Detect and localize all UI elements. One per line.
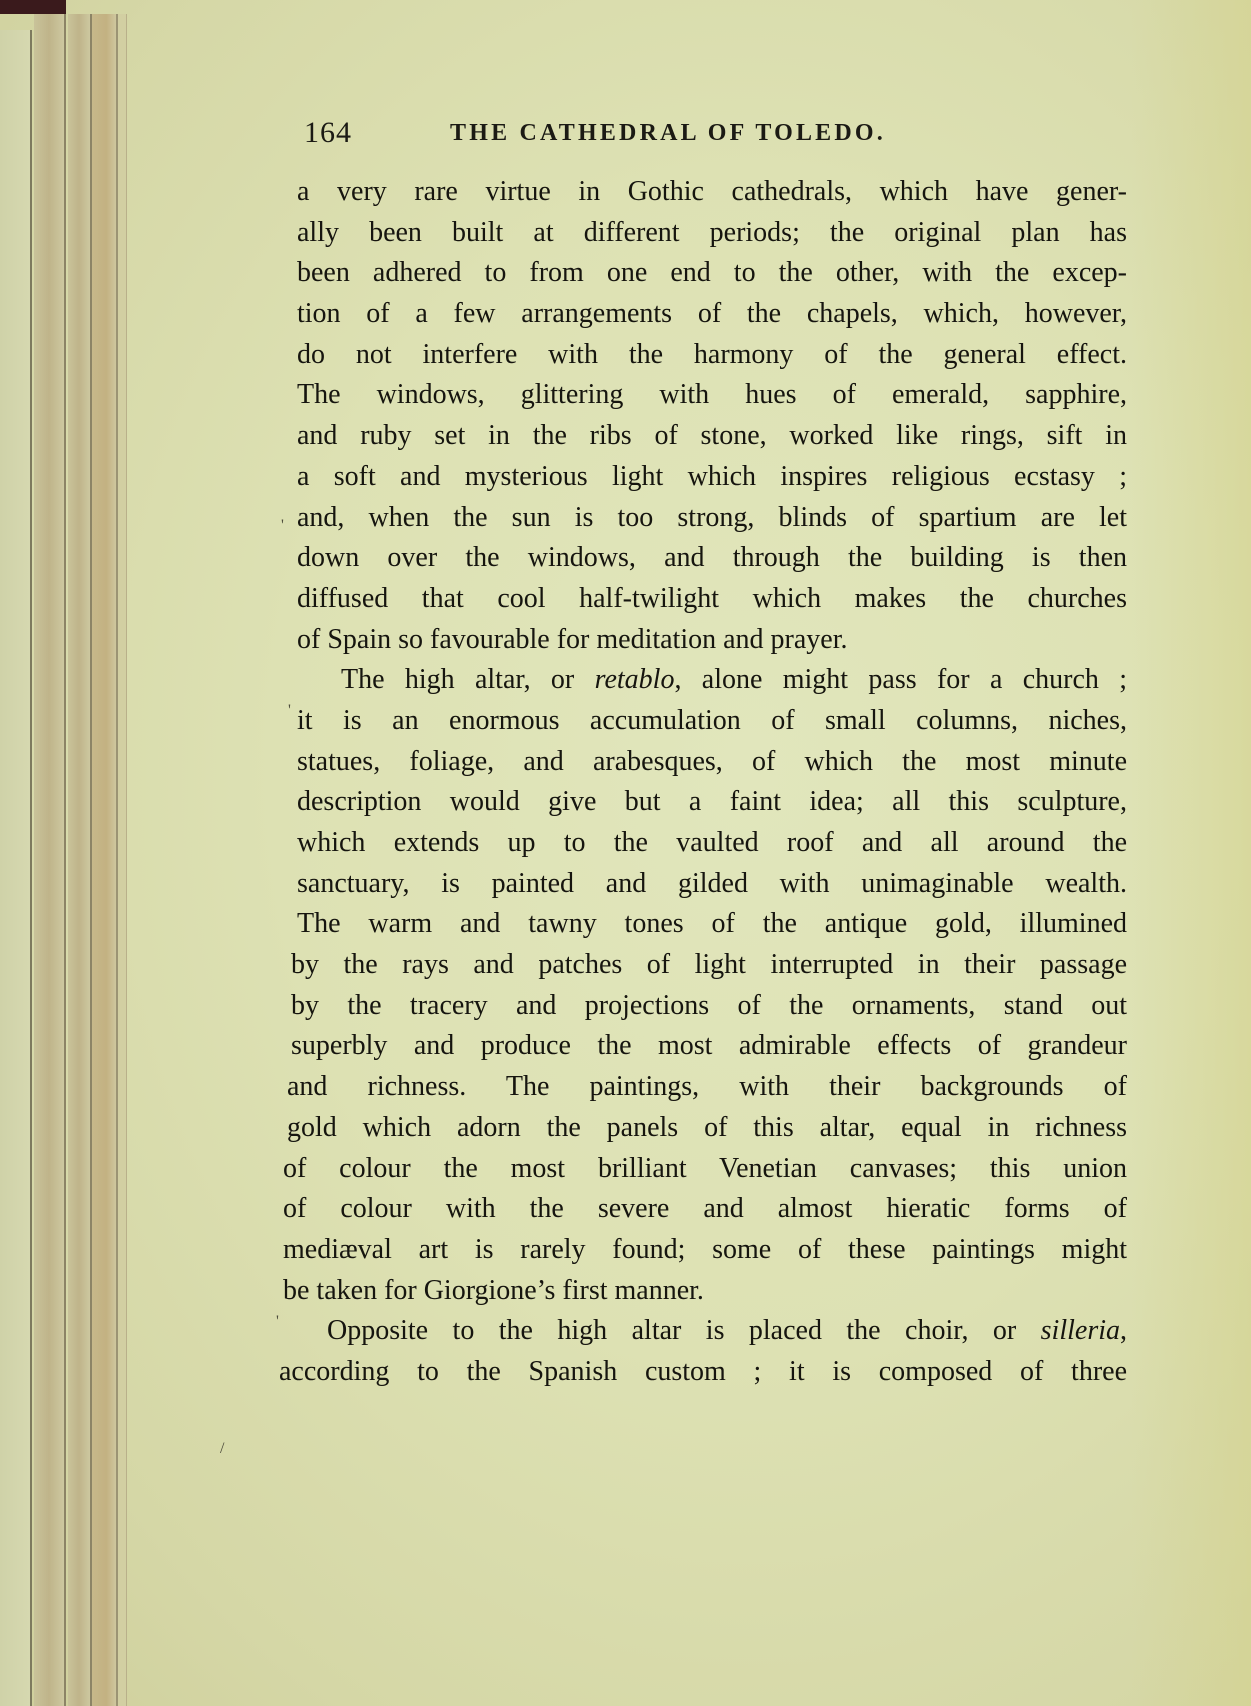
text-line: and, when the sun is too strong, blinds … [297,498,1127,539]
text-line: which extends up to the vaulted roof and… [297,823,1127,864]
text-line: tion of a few arrangements of the chapel… [297,294,1127,335]
text-line: do not interfere with the harmony of the… [297,335,1127,376]
body-text: a very rare virtue in Gothic cathedrals,… [297,172,1127,1393]
text-line: by the tracery and projections of the or… [291,986,1127,1027]
text-line: it is an enormous accumulation of small … [297,701,1127,742]
text-line: according to the Spanish custom ; it is … [279,1352,1127,1393]
page-edge [92,14,118,1706]
scan-mark: ' [276,1313,279,1331]
text-line: statues, foliage, and arabesques, of whi… [297,742,1127,783]
text-line: description would give but a faint idea;… [297,782,1127,823]
text-run: , alone might pass for a church ; [674,664,1127,695]
text-line: down over the windows, and through the b… [297,538,1127,579]
paragraph: a very rare virtue in Gothic cathedrals,… [297,172,1127,660]
text-run: The high altar, or [341,664,595,695]
text-line: by the rays and patches of light interru… [291,945,1127,986]
italic-term: retablo [595,664,675,695]
text-run: , [1120,1315,1127,1346]
scan-mark: / [220,1440,224,1458]
text-line: gold which adorn the panels of this alta… [287,1108,1127,1149]
text-line: of colour with the severe and almost hie… [283,1189,1127,1230]
text-line: a soft and mysterious light which inspir… [297,457,1127,498]
text-run: Opposite to the high altar is placed the… [327,1315,1041,1346]
text-line: superbly and produce the most admirable … [291,1026,1127,1067]
page-number: 164 [304,116,352,150]
text-line: Opposite to the high altar is placed the… [283,1311,1127,1352]
text-line: mediæval art is rarely found; some of th… [283,1230,1127,1271]
paragraph: Opposite to the high altar is placed the… [297,1311,1127,1392]
page-edge-stack [0,0,128,1706]
text-line: a very rare virtue in Gothic cathedrals,… [297,172,1127,213]
page-shadow [1131,0,1251,1706]
background-shadow [0,0,66,14]
paragraph: The high altar, or retablo, alone might … [297,660,1127,1311]
page-edge [0,30,32,1706]
text-line: and ruby set in the ribs of stone, worke… [297,416,1127,457]
text-line: and richness. The paintings, with their … [287,1067,1127,1108]
page-edge [118,14,127,1706]
scan-mark: ' [288,702,291,720]
text-line: ally been built at different periods; th… [297,213,1127,254]
text-line: been adhered to from one end to the othe… [297,253,1127,294]
page-edge [68,14,92,1706]
running-title: THE CATHEDRAL OF TOLEDO. [450,120,886,147]
text-line: The high altar, or retablo, alone might … [297,660,1127,701]
scan-mark: ' [281,517,284,535]
text-line: of Spain so favourable for meditation an… [297,620,1127,661]
text-line: of colour the most brilliant Venetian ca… [283,1149,1127,1190]
page-edge [34,14,66,1706]
text-line: The warm and tawny tones of the antique … [297,904,1127,945]
text-line: sanctuary, is painted and gilded with un… [297,864,1127,905]
text-line: diffused that cool half-twilight which m… [297,579,1127,620]
text-line: The windows, glittering with hues of eme… [297,375,1127,416]
italic-term: silleria [1041,1315,1120,1346]
running-head: 164 THE CATHEDRAL OF TOLEDO. [290,116,970,156]
text-line: be taken for Giorgione’s first manner. [283,1271,1127,1312]
